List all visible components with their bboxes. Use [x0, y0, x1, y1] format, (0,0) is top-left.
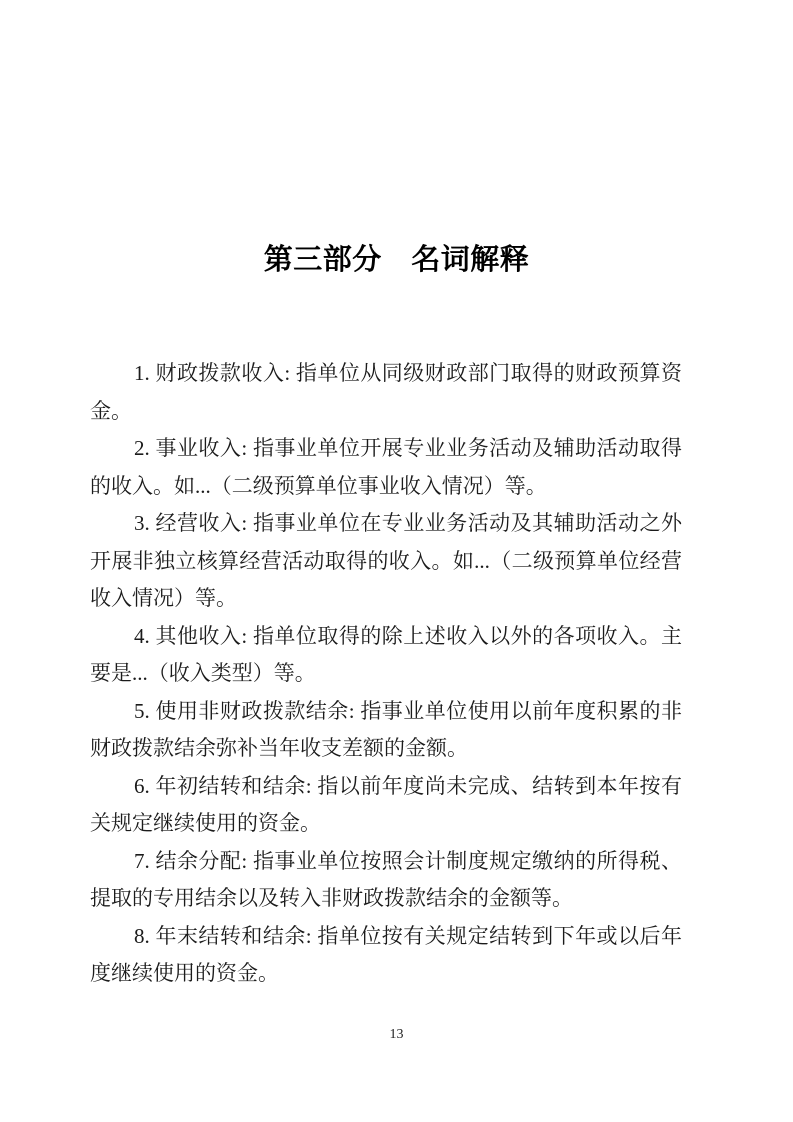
- page-number: 13: [0, 1027, 793, 1043]
- definition-paragraph-7: 7. 结余分配: 指事业单位按照会计制度规定缴纳的所得税、提取的专用结余以及转入…: [90, 843, 682, 918]
- definition-paragraph-5: 5. 使用非财政拨款结余: 指事业单位使用以前年度积累的非财政拨款结余弥补当年收…: [90, 693, 682, 768]
- definition-paragraph-8: 8. 年末结转和结余: 指单位按有关规定结转到下年或以后年度继续使用的资金。: [90, 918, 682, 993]
- definition-paragraph-6: 6. 年初结转和结余: 指以前年度尚未完成、结转到本年按有关规定继续使用的资金。: [90, 768, 682, 843]
- definitions-section: 1. 财政拨款收入: 指单位从同级财政部门取得的财政预算资金。 2. 事业收入:…: [90, 355, 682, 993]
- definition-paragraph-4: 4. 其他收入: 指单位取得的除上述收入以外的各项收入。主要是...（收入类型）…: [90, 618, 682, 693]
- definition-paragraph-1: 1. 财政拨款收入: 指单位从同级财政部门取得的财政预算资金。: [90, 355, 682, 430]
- definition-paragraph-3: 3. 经营收入: 指事业单位在专业业务活动及其辅助活动之外开展非独立核算经营活动…: [90, 505, 682, 618]
- document-page: 第三部分 名词解释 1. 财政拨款收入: 指单位从同级财政部门取得的财政预算资金…: [0, 0, 793, 1122]
- page-title: 第三部分 名词解释: [0, 243, 793, 278]
- definition-paragraph-2: 2. 事业收入: 指事业单位开展专业业务活动及辅助活动取得的收入。如...（二级…: [90, 430, 682, 505]
